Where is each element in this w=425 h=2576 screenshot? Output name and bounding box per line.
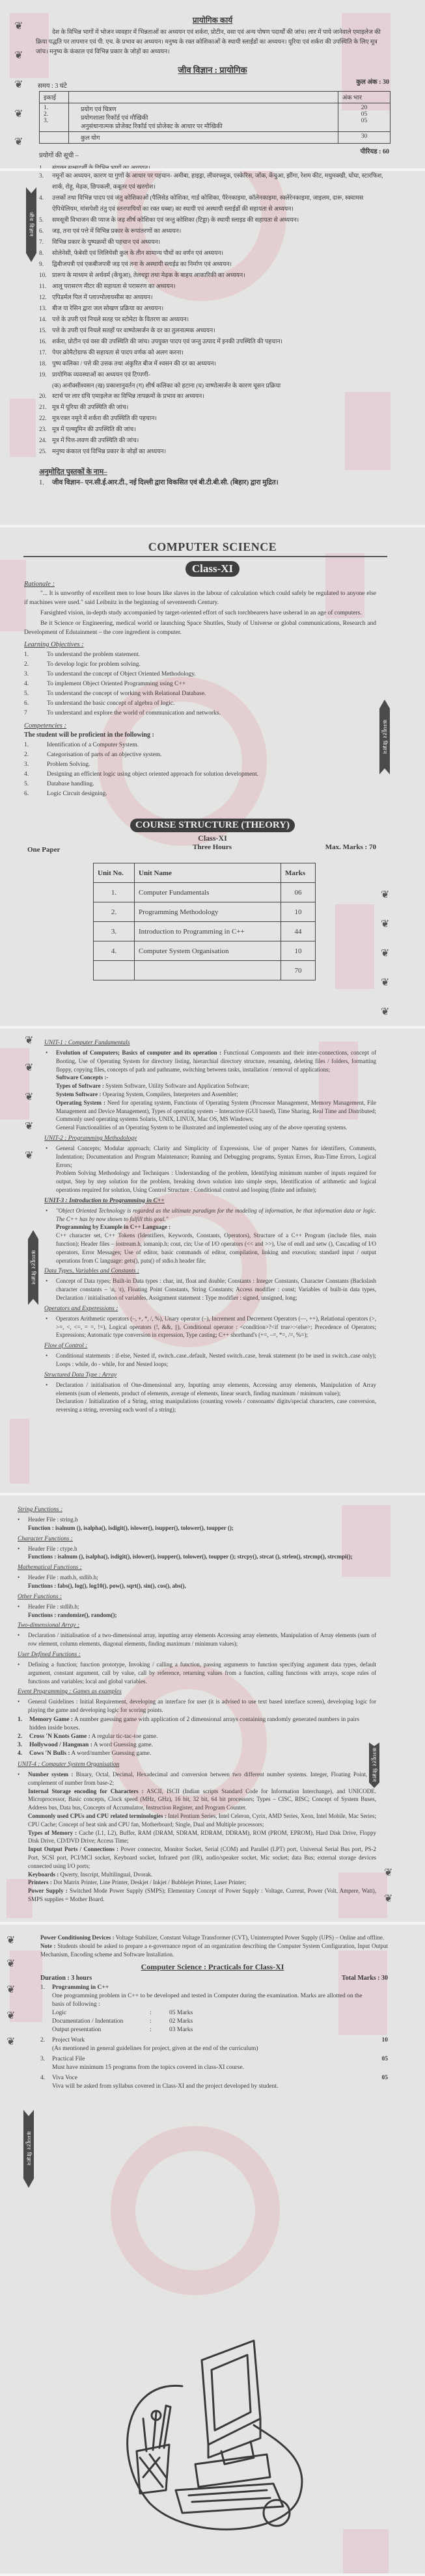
section-heading: Event Programming : Games as examples bbox=[18, 1689, 425, 1695]
cs-title: COMPUTER SCIENCE bbox=[0, 540, 425, 554]
list-item: 1.संयुक्त सूक्ष्मदर्शी के विभिन्न भागों … bbox=[39, 163, 389, 171]
practical-item: 3. Practical FileMust have minimum 15 pr… bbox=[40, 2055, 388, 2072]
list-item: 8.सोलेनेसी, फेबेसी एवं लिलियेसी कुल के त… bbox=[39, 248, 389, 259]
section-heading: Data Types, Variables and Constants : bbox=[44, 1268, 425, 1274]
sprig-ornament-icon: ❦ bbox=[14, 78, 23, 91]
side-tab-biology: जीव विज्ञान bbox=[26, 187, 36, 262]
list-item: 1.Memory Game : A number guessing game w… bbox=[18, 1716, 376, 1733]
list-item: 1.To understand the problem statement. bbox=[24, 650, 376, 660]
list-item: 5.To understand the concept of working w… bbox=[24, 689, 376, 699]
divider bbox=[23, 556, 387, 557]
list-item: 6.जड़, तना एवं पत्ते में विभिन्न प्रकार … bbox=[39, 226, 389, 237]
side-tab-computer: कम्प्यूटर विज्ञान bbox=[28, 1230, 38, 1305]
experiment-list-part1: 1.संयुक्त सूक्ष्मदर्शी के विभिन्न भागों … bbox=[39, 163, 389, 171]
table-total-row: 70 bbox=[94, 961, 316, 980]
marks-allocation: Logic:05 Marks Documentation / Indentati… bbox=[52, 2009, 375, 2034]
list-item: 3.Problem Solving. bbox=[24, 760, 376, 770]
col-unit: इकाई bbox=[40, 92, 69, 103]
rationale-para: "... It is unworthy of excellent men to … bbox=[24, 589, 376, 607]
page-biology-practical-2: जीव विज्ञान 3.नमूनों का अध्ययन, कारण या … bbox=[0, 171, 425, 527]
sprig-ornament-icon: ❦ bbox=[7, 1957, 15, 1970]
sprig-ornament-icon: ❦ bbox=[7, 1934, 15, 1947]
competencies-intro: The student will be proficient in the fo… bbox=[24, 731, 425, 739]
sprig-ornament-icon: ❦ bbox=[381, 1005, 389, 1018]
list-item: 16.शर्करा, प्रोटीन एवं वसा की उपस्थिति क… bbox=[39, 337, 389, 348]
class-pill: Class-XI bbox=[185, 561, 240, 577]
section-heading: Character Functions : bbox=[18, 1536, 425, 1542]
list-item: 12.एपिडर्मल पिल में प्लाज्मोलायसीस का अध… bbox=[39, 293, 389, 304]
list-item: 4.Designing an efficient logic using obj… bbox=[24, 770, 376, 780]
unit-4-content: • Number system : Binary, Octal, Decimal… bbox=[18, 1770, 376, 1904]
table-row: 2.Programming Methodology10 bbox=[94, 902, 316, 922]
rationale-heading: Rationale : bbox=[24, 581, 425, 588]
sprig-ornament-icon: ❦ bbox=[25, 1120, 33, 1133]
sprig-ornament-icon: ❦ bbox=[14, 20, 23, 33]
rationale-para: Farsighted vision, in-depth study accomp… bbox=[24, 609, 376, 618]
section-content: •Operators Arithmetic operators (–, +, *… bbox=[46, 1315, 376, 1339]
page-biology-practical-1: ❦ ❦ ❦ ❦ ❦ प्रायोगिक कार्य देश के विभिन्न… bbox=[0, 0, 425, 171]
page-cs-intro: कम्प्यूटर विज्ञान ❦ ❦ ❦ ❦ ❦ COMPUTER SCI… bbox=[0, 527, 425, 1029]
max-marks: Max. Marks : 70 bbox=[325, 843, 376, 854]
section-heading: User Defined Functions : bbox=[18, 1651, 425, 1658]
practical-item: 1. Programming in C++ One programming pr… bbox=[40, 1984, 388, 2034]
total-marks: कुल अंक : 30 bbox=[356, 77, 389, 90]
sprig-ornament-icon: ❦ bbox=[14, 49, 23, 62]
unit-2-heading: UNIT-2 : Programming Methodology bbox=[44, 1135, 425, 1142]
sprig-ornament-icon: ❦ bbox=[381, 888, 389, 901]
competencies-heading: Competencies : bbox=[24, 722, 425, 729]
list-item: 22.मूत्र/रक्त नमूने में शर्करा की उपस्थि… bbox=[39, 414, 389, 425]
list-item: 19.प्रायोगिक व्यवस्थाओं का अध्ययन एवं टि… bbox=[39, 370, 389, 381]
list-item: 9.द्विबीजपत्री एवं एकबीजपत्री जड़ एवं तन… bbox=[39, 259, 389, 270]
sprig-ornament-icon: ❦ bbox=[7, 1983, 15, 1996]
col-name bbox=[69, 92, 338, 103]
practical-intro: देश के विभिन्न भागों में भोजन व्यवहार मे… bbox=[36, 28, 389, 57]
list-item: 15.पत्ते के उपरी एवं निचले सतहों पर वाष्… bbox=[39, 326, 389, 337]
col-weight: अंक भार bbox=[338, 92, 391, 103]
page-cs-units-2: कम्प्यूटर विज्ञान ❦ ❦ String Functions :… bbox=[0, 1495, 425, 1925]
biology-marks-table: इकाई अंक भार 1.2.3. प्रयोग एवं चित्रणप्र… bbox=[39, 91, 391, 144]
list-item: 10.प्रारूप के माध्यम से अर्थवर्म (केंचुआ… bbox=[39, 270, 389, 282]
sprig-ornament-icon: ❦ bbox=[384, 1866, 392, 1879]
list-item: 11.आलू परासरण मीटर की सहायता से परासरण क… bbox=[39, 282, 389, 293]
paper-count: One Paper bbox=[27, 846, 60, 854]
table-row: 3.Introduction to Programming in C++44 bbox=[94, 922, 316, 941]
practical-item: 2. Project Work(As mentioned in general … bbox=[40, 2036, 388, 2053]
sprig-ornament-icon: ❦ bbox=[7, 2035, 15, 2048]
section-content: •Declaration / initialisation of One-dim… bbox=[46, 1381, 376, 1414]
experiment-list-part3: 20.स्टार्च पर लार ग्रंथि एमाइलेज का विभि… bbox=[39, 391, 389, 458]
exam-time: समय : 3 घंटे bbox=[38, 81, 67, 90]
sprig-ornament-icon: ❦ bbox=[14, 135, 23, 148]
sprig-ornament-icon: ❦ bbox=[25, 1061, 33, 1074]
list-item: 3.नमूनों का अध्ययन, कारण या गुणों के आधा… bbox=[39, 171, 389, 193]
paper-duration: Three Hours bbox=[193, 843, 232, 854]
page-cs-practicals: ❦ ❦ ❦ ❦ ❦ कम्प्यूटर विज्ञान Power Condit… bbox=[0, 1925, 425, 2576]
objectives-list: 1.To understand the problem statement. 2… bbox=[24, 650, 376, 718]
practical-item: 4. Viva VoceViva will be asked from syll… bbox=[40, 2074, 388, 2091]
practical-duration: Duration : 3 hours bbox=[40, 1975, 92, 1982]
list-item: 18.पुष्प कलिका / पत्ते की उत्तक तथा अंकु… bbox=[39, 359, 389, 370]
list-item: 4.उत्तकों तथा विभिन्न पादप एवं जंतु कोशि… bbox=[39, 193, 389, 215]
computer-illustration-icon bbox=[111, 2328, 312, 2542]
section-heading: Other Functions : bbox=[18, 1594, 425, 1600]
biology-practical-subtitle: जीव विज्ञान : प्रायोगिक bbox=[0, 64, 425, 75]
experiment-list-part2: 3.नमूनों का अध्ययन, कारण या गुणों के आधा… bbox=[39, 171, 389, 381]
objectives-heading: Learning Objectives : bbox=[24, 641, 425, 648]
table-row: 1.Computer Fundamentals06 bbox=[94, 883, 316, 902]
list-item: 4.To implement Object Oriented Programmi… bbox=[24, 679, 376, 689]
list-item: 14.पत्ते के उपरी एवं निचले सतह पर स्टोमे… bbox=[39, 315, 389, 326]
sprig-ornament-icon: ❦ bbox=[25, 1034, 33, 1047]
experiment-19-options: (क) अनॉक्सीश्वसन (ख) प्रकाशानुवर्तन (ग) … bbox=[52, 381, 425, 391]
sprig-ornament-icon: ❦ bbox=[25, 1149, 33, 1162]
section-heading: Mathematical Functions : bbox=[18, 1564, 425, 1571]
approved-books-heading: अनुमोदित पुस्तकों के नाम– bbox=[39, 467, 425, 477]
rationale-para: Be it Science or Engineering, medical wo… bbox=[24, 619, 376, 637]
sprig-ornament-icon: ❦ bbox=[25, 1090, 33, 1103]
list-item: 24.मूत्र में पित्त-लवण की उपस्थिति की जा… bbox=[39, 436, 389, 447]
table-row: 4.Computer System Organisation10 bbox=[94, 941, 316, 961]
section-content: •General Guidelines : Initial Requiremen… bbox=[18, 1698, 376, 1715]
unit-1-content: • Evolution of Computers; Basics of comp… bbox=[46, 1049, 376, 1132]
games-list: 1.Memory Game : A number guessing game w… bbox=[18, 1716, 376, 1758]
list-item: 21.मूत्र में यूरिया की उपस्थिति की जांच। bbox=[39, 402, 389, 414]
practicals-title: Computer Science : Practicals for Class-… bbox=[0, 1962, 425, 1972]
section-heading: Two-dimensional Array : bbox=[18, 1622, 425, 1629]
list-item: 7To understand and explore the world of … bbox=[24, 709, 376, 718]
side-tab-computer: कम्प्यूटर विज्ञान bbox=[23, 2110, 34, 2188]
list-item: 20.स्टार्च पर लार ग्रंथि एमाइलेज का विभि… bbox=[39, 391, 389, 402]
section-content: •Conditional statements : if-else, Neste… bbox=[46, 1352, 376, 1369]
list-item: 2.Cross 'N Knots Game : A regular tic-ta… bbox=[18, 1733, 376, 1741]
table-total-row: कुल योग 30 bbox=[40, 132, 391, 144]
list-item: 6.To understand the basic concept of alg… bbox=[24, 699, 376, 709]
unit-4-continued: Power Conditioning Devices : Voltage Sta… bbox=[40, 1934, 388, 1958]
sprig-ornament-icon: ❦ bbox=[7, 2009, 15, 2022]
course-units-table: Unit No. Unit Name Marks 1.Computer Fund… bbox=[93, 863, 316, 980]
side-tab-computer: कम्प्यूटर विज्ञान bbox=[369, 1742, 379, 1788]
list-item: 2.Categorisation of parts of an objectiv… bbox=[24, 750, 376, 760]
list-item: 2.To develop logic for problem solving. bbox=[24, 660, 376, 670]
unit-3-content: • "Object Oriented Technology is regarde… bbox=[46, 1207, 376, 1265]
section-content: •Defining a function; function prototype… bbox=[18, 1661, 376, 1685]
section-content: •Declaration / initialisation of a two-d… bbox=[18, 1631, 376, 1648]
sprig-ornament-icon: ❦ bbox=[14, 107, 23, 120]
section-content: •Header File : math.h, stdlib.h;Function… bbox=[18, 1573, 376, 1590]
section-heading: String Functions : bbox=[18, 1506, 425, 1513]
side-tab-computer: कम्प्यूटर विज्ञान bbox=[379, 700, 390, 774]
section-content: •Concept of Data types; Built-in Data ty… bbox=[46, 1277, 376, 1302]
list-item: 23.मूत्र में एल्ब्यूमिन की उपस्थिति की ज… bbox=[39, 425, 389, 436]
list-item: 13.बीज या रेसिन द्वारा जल सोखण प्रक्रिया… bbox=[39, 304, 389, 315]
section-content: •Header File : ctype.hFunctions : isalnu… bbox=[18, 1545, 376, 1562]
section-content: •Header File : string.hFunction : isalnu… bbox=[18, 1516, 376, 1532]
practical-work-title: प्रायोगिक कार्य bbox=[0, 14, 425, 25]
unit-3-heading: UNIT-3 : Introduction to Programming in … bbox=[44, 1198, 425, 1204]
list-item: 1.Identification of a Computer System. bbox=[24, 741, 376, 750]
book-item: 1.जीव विज्ञान– एन.सी.ई.आर.टी., नई दिल्ली… bbox=[39, 478, 425, 487]
list-item: 3.Hollywood / Hangman : A word Guessing … bbox=[18, 1741, 376, 1750]
list-item: 7.विभिन्न प्रकार के पुष्पक्रमों की पहचान… bbox=[39, 237, 389, 248]
list-item: 4.Cows 'N Bulls : A word/number Guessing… bbox=[18, 1750, 376, 1758]
list-item: 25.मनुष्य कंकाल एवं विभिन्न प्रकार के जो… bbox=[39, 447, 389, 458]
section-content: •Header File : stdlib.h;Functions : rand… bbox=[18, 1603, 376, 1620]
practical-total-marks: Total Marks : 30 bbox=[342, 1975, 388, 1982]
sprig-ornament-icon: ❦ bbox=[381, 917, 389, 930]
section-heading: Flow of Control : bbox=[44, 1343, 425, 1349]
course-class: Class-XI bbox=[0, 834, 425, 843]
sprig-ornament-icon: ❦ bbox=[381, 947, 389, 960]
list-item: 5.समसूत्री विभाजन की प्याज के जड़ शीर्ष … bbox=[39, 215, 389, 226]
competencies-list: 1.Identification of a Computer System. 2… bbox=[24, 741, 376, 799]
sprig-ornament-icon: ❦ bbox=[384, 1892, 392, 1905]
section-heading: Structured Data Type : Array bbox=[44, 1372, 425, 1378]
list-item: 17.पेपर क्रोमैटोग्राफ की सहायता से पादप … bbox=[39, 348, 389, 359]
unit-1-heading: UNIT-1 : Computer Fundamentals bbox=[44, 1040, 425, 1046]
list-item: 6.Logic Circuit designing. bbox=[24, 789, 376, 799]
unit-4-heading: UNIT-4 : Computer System Organisation bbox=[18, 1761, 425, 1768]
page-cs-units-1: ❦ ❦ ❦ ❦ ❦ कम्प्यूटर विज्ञान UNIT-1 : Com… bbox=[0, 1029, 425, 1495]
list-item: 5.Database handling. bbox=[24, 780, 376, 789]
list-item: 3.To understand the concept of Object Or… bbox=[24, 670, 376, 679]
sprig-ornament-icon: ❦ bbox=[381, 976, 389, 989]
course-structure-title: COURSE STRUCTURE (THEORY) bbox=[130, 819, 295, 832]
unit-2-content: • General Concepts; Modular approach; Cl… bbox=[46, 1144, 376, 1194]
section-heading: Operators and Experessions : bbox=[44, 1306, 425, 1312]
table-row: 1.2.3. प्रयोग एवं चित्रणप्रयोगशाला रिकॉर… bbox=[40, 103, 391, 132]
